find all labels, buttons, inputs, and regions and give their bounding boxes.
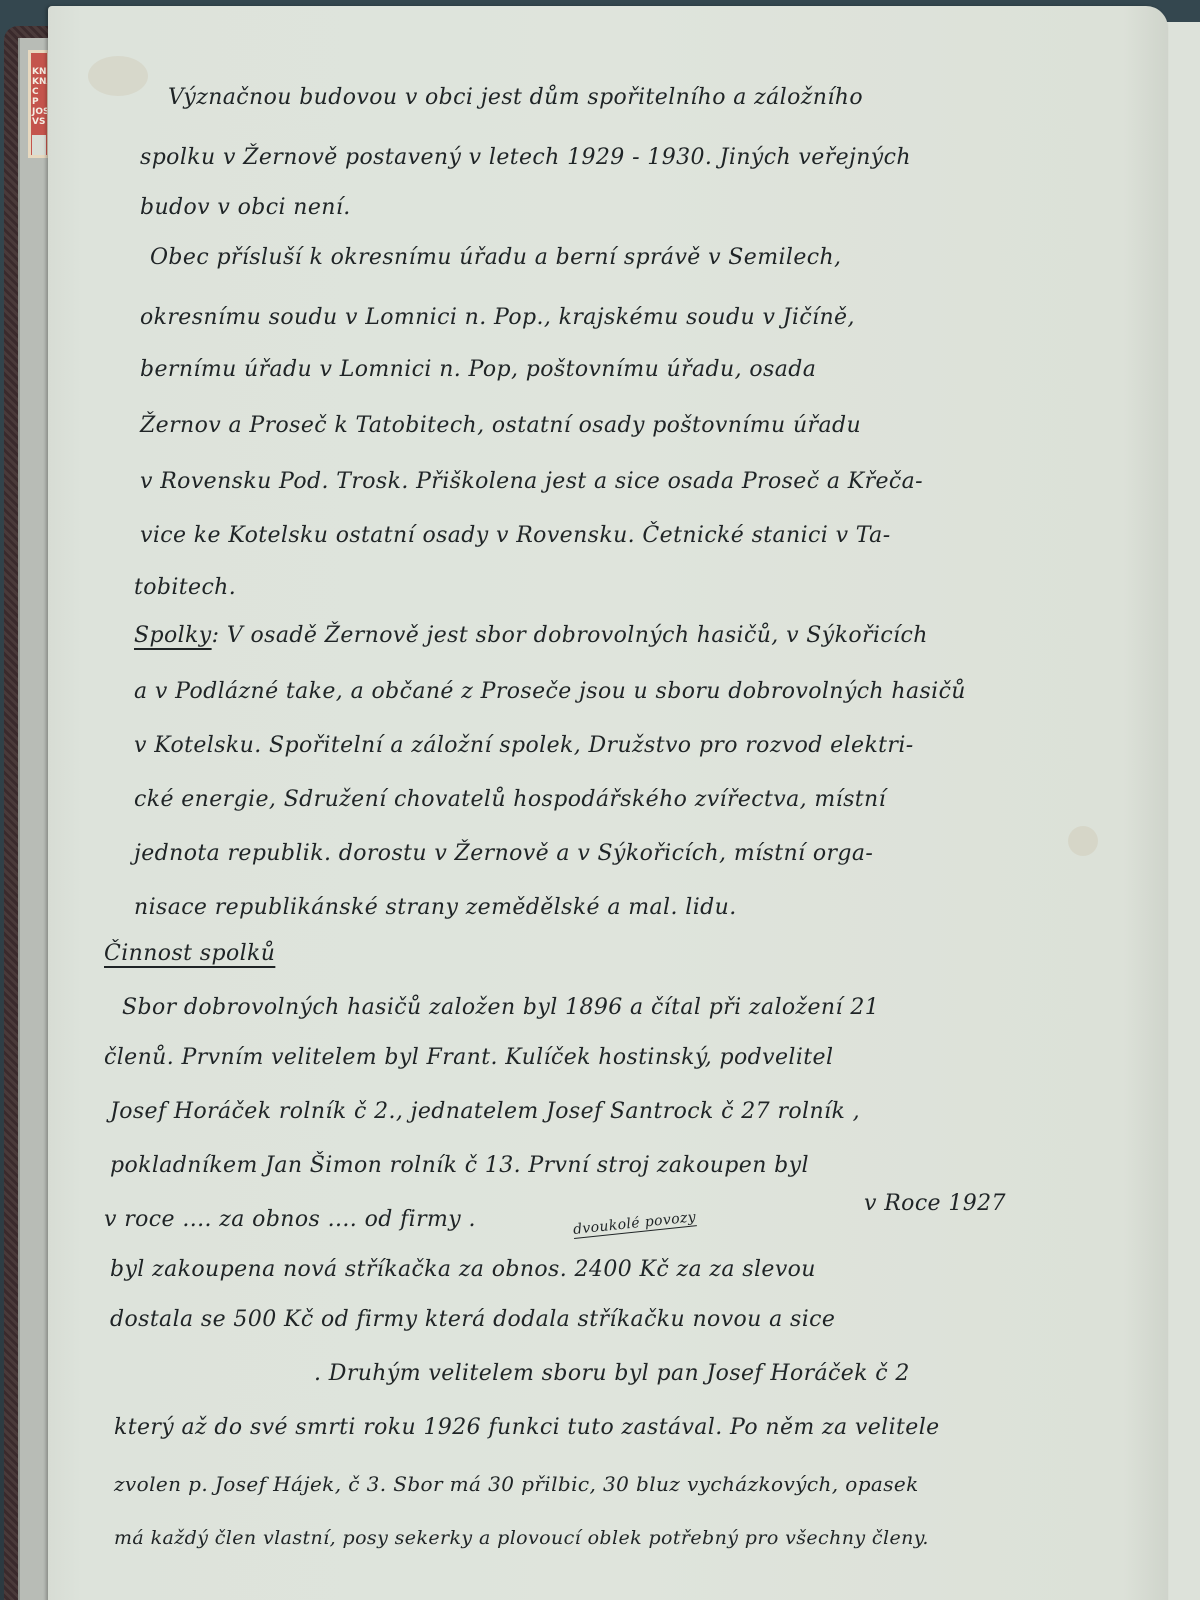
text-line: v Kotelsku. Spořitelní a záložní spolek,…	[134, 730, 914, 762]
spine-label-line: VS	[32, 117, 46, 127]
text-line: Spolky: V osadě Žernově jest sbor dobrov…	[134, 620, 928, 652]
spine-label-line: P	[32, 97, 46, 107]
stain	[1068, 826, 1098, 856]
text-line: vice ke Kotelsku ostatní osady v Rovensk…	[140, 520, 891, 552]
spine-label-line: C	[32, 87, 46, 97]
text-line: byl zakoupena nová stříkačka za obnos. 2…	[110, 1254, 816, 1286]
text-line: okresnímu soudu v Lomnici n. Pop., krajs…	[140, 302, 855, 334]
text-line: nisace republikánské strany zemědělské a…	[134, 892, 737, 924]
text-line: Obec přísluší k okresnímu úřadu a berní …	[150, 242, 841, 274]
text-line: Význačnou budovou v obci jest dům spořit…	[168, 82, 863, 114]
spine-label-blank	[32, 135, 46, 157]
text-line: cké energie, Sdružení chovatelů hospodář…	[134, 784, 886, 816]
text-line: bernímu úřadu v Lomnici n. Pop, poštovní…	[140, 354, 816, 386]
text-line: v roce .... za obnos .... od firmy .	[104, 1204, 476, 1236]
text-line: jednota republik. dorostu v Žernově a v …	[134, 838, 873, 870]
spine-label-line: KNIH	[32, 67, 46, 77]
spine-label: KNIH KNA C P JOS VS	[28, 50, 50, 158]
section-heading-activity: Činnost spolků	[104, 938, 275, 970]
text-line: který až do své smrti roku 1926 funkci t…	[114, 1412, 940, 1444]
text-line: Žernov a Proseč k Tatobitech, ostatní os…	[140, 410, 861, 442]
section-heading-clubs: Spolky	[134, 623, 212, 648]
text-line: . Druhým velitelem sboru byl pan Josef H…	[314, 1358, 910, 1390]
text-line: má každý člen vlastní, posy sekerky a pl…	[114, 1522, 929, 1554]
stain	[88, 56, 148, 96]
text-line: a v Podlázné take, a občané z Proseče js…	[134, 676, 966, 708]
text-line: členů. Prvním velitelem byl Frant. Kulíč…	[104, 1042, 833, 1074]
text-line: pokladníkem Jan Šimon rolník č 13. První…	[110, 1150, 809, 1182]
interlinear-note: dvoukolé povozy	[572, 1209, 696, 1238]
manuscript-page: Význačnou budovou v obci jest dům spořit…	[48, 6, 1168, 1600]
text-line: Josef Horáček rolník č 2., jednatelem Jo…	[110, 1096, 860, 1128]
spine-label-line: JOS	[32, 107, 46, 117]
text-line: tobitech.	[134, 572, 236, 604]
text-line: v Rovensku Pod. Trosk. Přiškolena jest a…	[140, 466, 923, 498]
margin-note: v Roce 1927	[864, 1188, 1006, 1220]
text-line: spolku v Žernově postavený v letech 1929…	[140, 142, 911, 174]
text-line: dostala se 500 Kč od firmy která dodala …	[110, 1304, 835, 1336]
text-segment: : V osadě Žernově jest sbor dobrovolných…	[212, 623, 928, 648]
text-line: budov v obci není.	[140, 192, 351, 224]
spine-label-line: KNA	[32, 77, 46, 87]
text-line: Sbor dobrovolných hasičů založen byl 189…	[122, 992, 879, 1024]
text-line: zvolen p. Josef Hájek, č 3. Sbor má 30 p…	[114, 1468, 919, 1500]
